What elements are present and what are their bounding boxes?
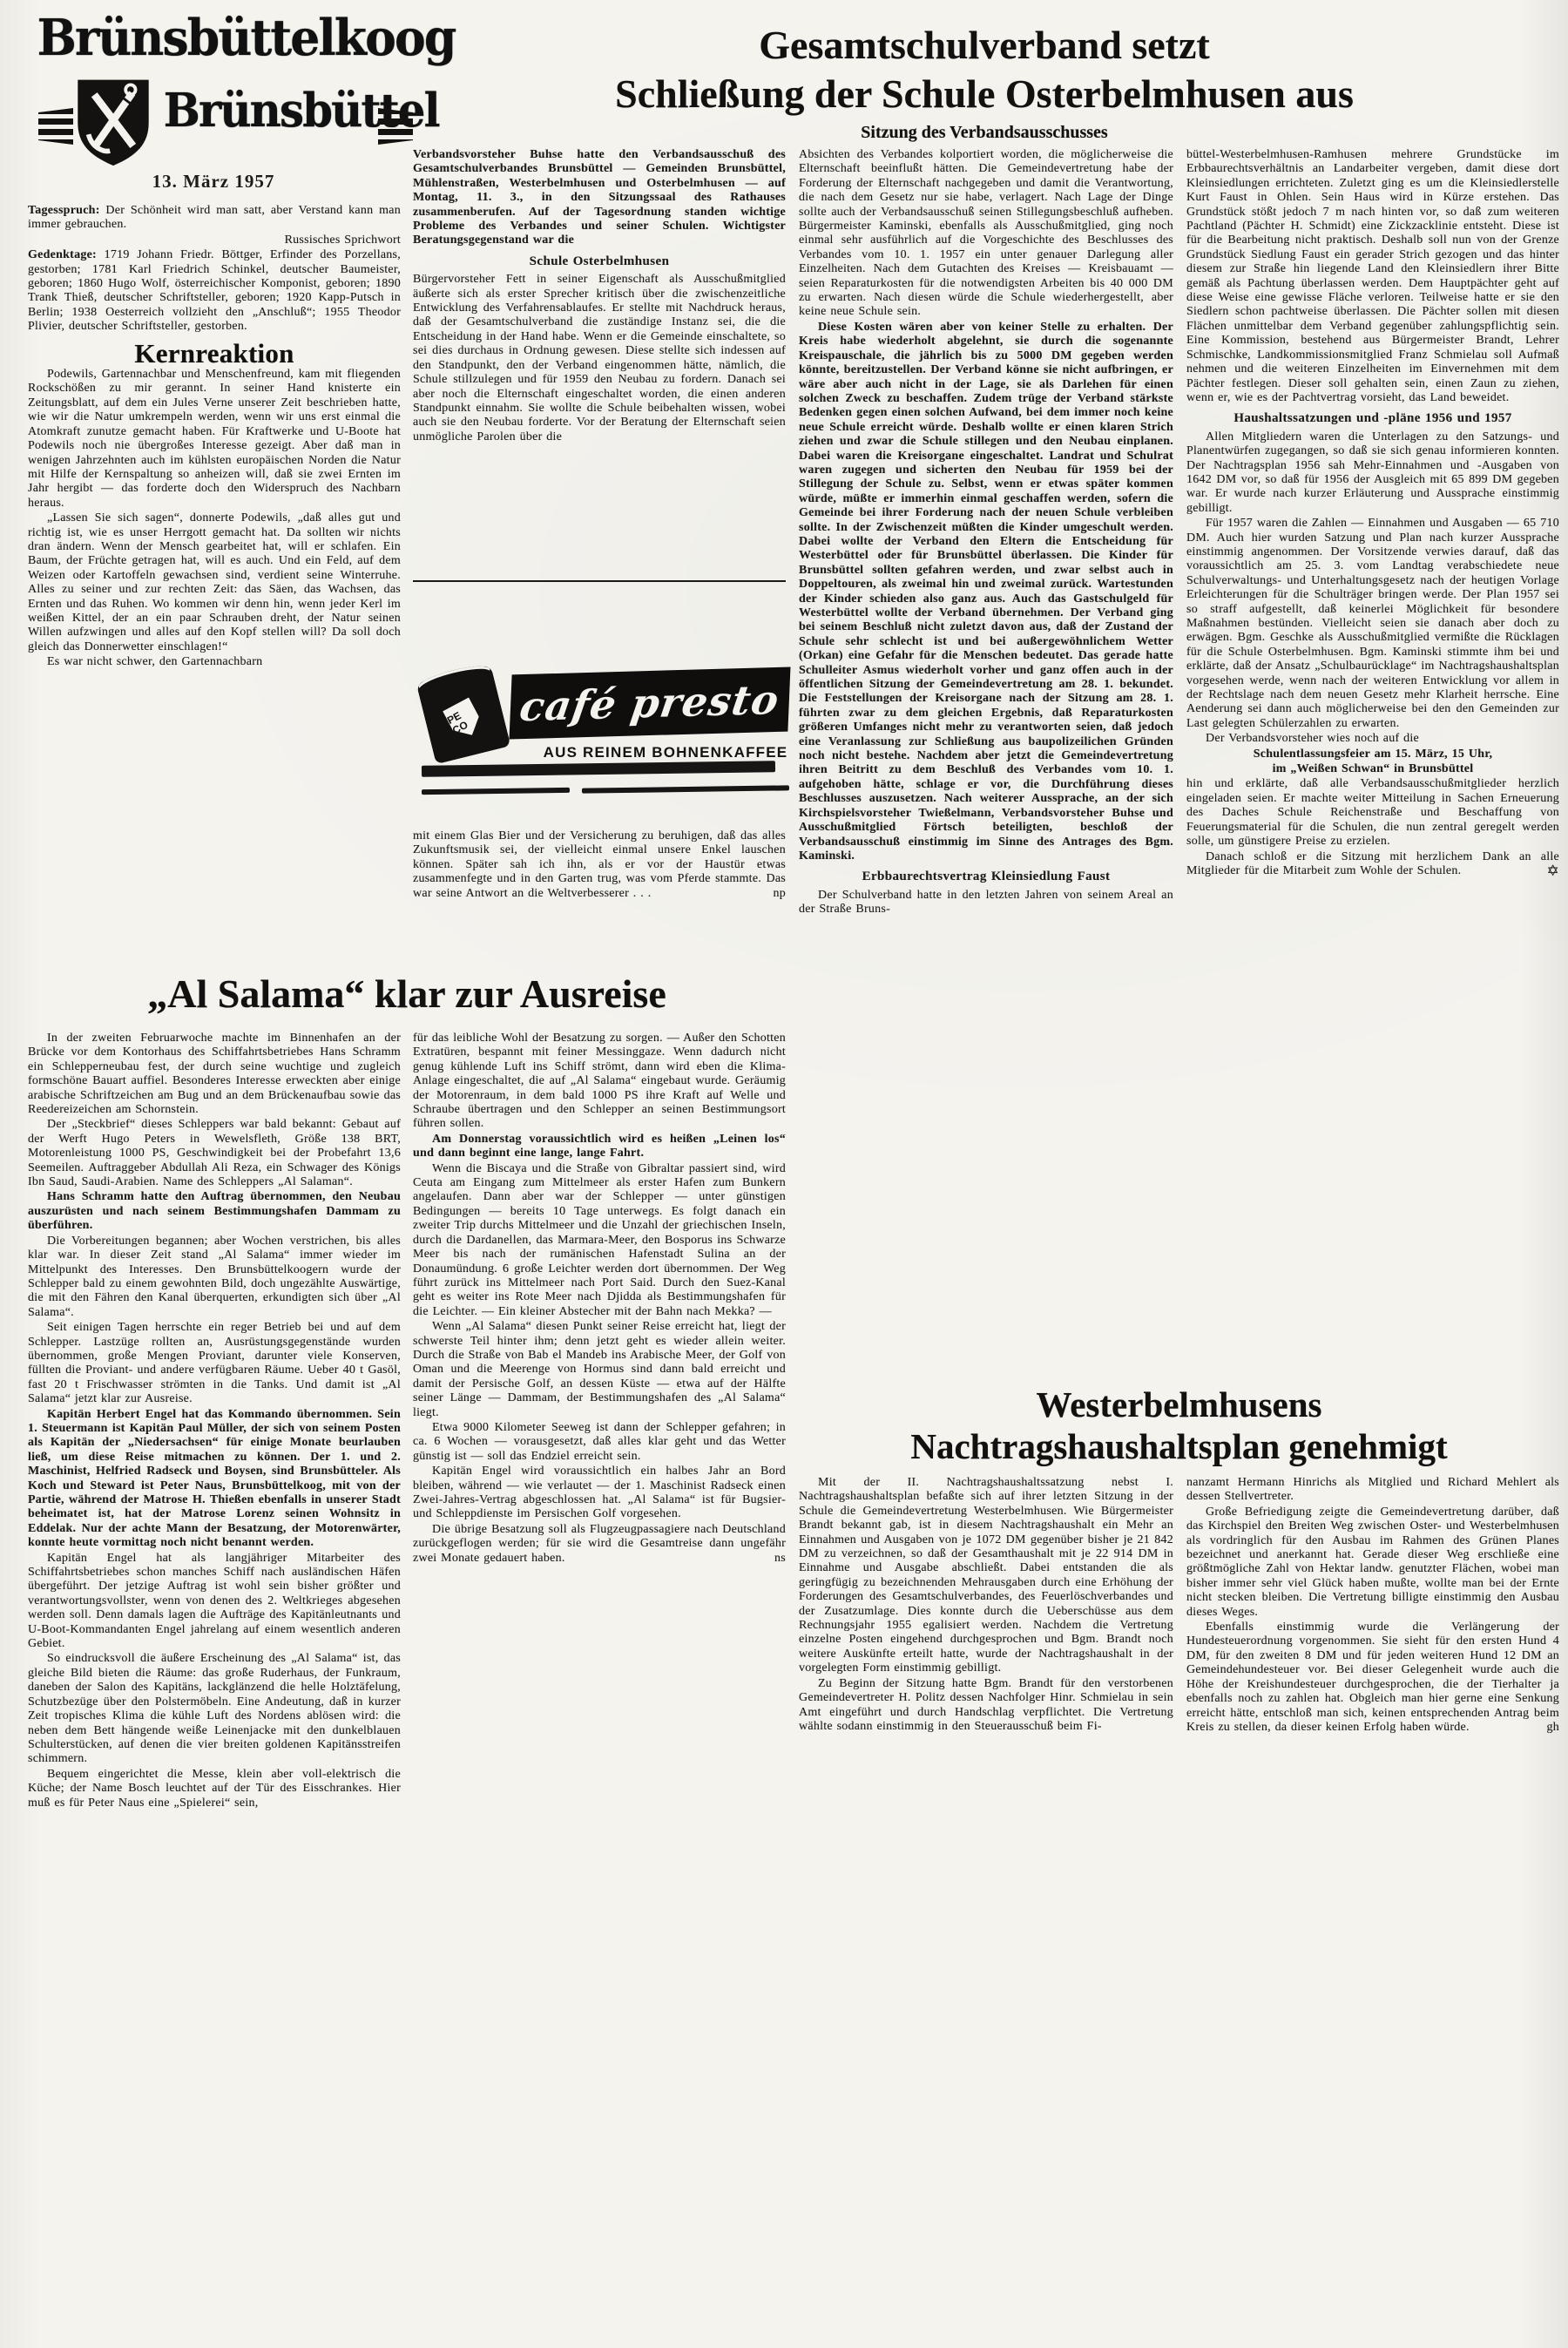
al-salama-column-1: In der zweiten Februarwoche machte im Bi… [28, 1032, 401, 1811]
column-3-main: Absichten des Verbandes kolportiert word… [799, 148, 1173, 918]
main-headline: Gesamtschulverband setzt Schließung der … [409, 21, 1559, 118]
author-initials: np [761, 887, 787, 901]
kernreaktion-title: Kernreaktion [28, 347, 401, 361]
westerbelmhusen-column-3: Mit der II. Nachtragshaushaltssatzung ne… [799, 1476, 1173, 1735]
gedenktage-label: Gedenktage: [28, 248, 97, 261]
kernreaktion-paragraph: Es war nicht schwer, den Gartennachbarn [28, 655, 401, 669]
speed-stripes-left-icon [38, 108, 73, 145]
kernreaktion-paragraph: Podewils, Gartennachbar und Menschenfreu… [28, 368, 401, 511]
main-headline-line2: Schließung der Schule Osterbelmhusen aus [409, 70, 1559, 118]
divider-rule [413, 580, 786, 582]
column-2-kernreaktion-continuation: mit einem Glas Bier und der Versicherung… [413, 829, 786, 902]
column-4-main: büttel-Westerbelmhusen-Ramhusen mehrere … [1186, 148, 1559, 879]
al-salama-paragraph: Etwa 9000 Kilometer Seeweg ist dann der … [413, 1421, 786, 1464]
al-salama-paragraph: Der „Steckbrief“ dieses Schleppers war b… [28, 1118, 401, 1189]
westerbelmhusen-headline-line2: Nachtragshaushaltsplan genehmigt [799, 1425, 1559, 1467]
westerbelmhusen-paragraph: nanzamt Hermann Hinrichs als Mitglied un… [1186, 1476, 1559, 1505]
tagesspruch: Tagesspruch: Der Schönheit wird man satt… [28, 204, 401, 233]
al-salama-paragraph: Die übrige Besatzung soll als Flugzeugpa… [413, 1523, 786, 1566]
westerbelmhusen-paragraph: Zu Beginn der Sitzung hatte Bgm. Brandt … [799, 1677, 1173, 1735]
kernreaktion-paragraph: „Lassen Sie sich sagen“, donnerte Podewi… [28, 511, 401, 654]
westerbelmhusen-headline-line1: Westerbelmhusens [799, 1384, 1559, 1425]
article-text: Danach schloß er die Sitzung mit herzlic… [1186, 850, 1559, 877]
article-paragraph: Danach schloß er die Sitzung mit herzlic… [1186, 850, 1559, 879]
coffee-can-label: PE CO [443, 697, 485, 741]
al-salama-column-2: für das leibliche Wohl der Besatzung zu … [413, 1032, 786, 1566]
westerbelmhusen-text: Ebenfalls einstimmig wurde die Verlänger… [1186, 1621, 1559, 1734]
al-salama-paragraph: Wenn „Al Salama“ diesen Punkt seiner Rei… [413, 1320, 786, 1420]
end-star-icon: ✡ [1516, 864, 1560, 878]
al-salama-paragraph: Hans Schramm hatte den Auftrag übernomme… [28, 1190, 401, 1233]
westerbelmhusen-headline: Westerbelmhusens Nachtragshaushaltsplan … [799, 1384, 1559, 1467]
ad-bar [422, 761, 775, 777]
column-1-top: Tagesspruch: Der Schönheit wird man satt… [28, 204, 401, 671]
al-salama-paragraph: für das leibliche Wohl der Besatzung zu … [413, 1032, 786, 1132]
article-paragraph: Diese Kosten wären aber von keiner Stell… [799, 321, 1173, 863]
al-salama-paragraph: Seit einigen Tagen herrschte ein reger B… [28, 1321, 401, 1406]
al-salama-paragraph: Kapitän Herbert Engel hat das Kommando ü… [28, 1408, 401, 1551]
article-paragraph: Allen Mitgliedern waren die Unterlagen z… [1186, 430, 1559, 516]
gedenktage: Gedenktage: 1719 Johann Friedr. Böttger,… [28, 248, 401, 334]
crest-icon [71, 75, 155, 167]
tagesspruch-source: Russisches Sprichwort [28, 233, 401, 247]
westerbelmhusen-column-4: nanzamt Hermann Hinrichs als Mitglied un… [1186, 1476, 1559, 1736]
kernreaktion-paragraph: mit einem Glas Bier und der Versicherung… [413, 829, 786, 901]
article-paragraph: Der Verbandsvorsteher wies noch auf die [1186, 732, 1559, 746]
column-2-top: Verbandsvorsteher Buhse hatte den Verban… [413, 148, 786, 445]
al-salama-paragraph: So eindrucksvoll die äußere Erscheinung … [28, 1652, 401, 1766]
author-initials: gh [1516, 1721, 1560, 1735]
al-salama-paragraph: In der zweiten Februarwoche machte im Bi… [28, 1032, 401, 1117]
ad-brand-name: café presto [517, 676, 782, 731]
ad-tagline: AUS REINEM BOHNENKAFFEE [542, 744, 789, 761]
newspaper-page: Brünsbüttelkoog Brünsbüttel 13. März 195… [0, 0, 1568, 2348]
article-paragraph: hin und erklärte, daß alle Verbandsaussc… [1186, 777, 1559, 849]
article-paragraph: Absichten des Verbandes kolportiert word… [799, 148, 1173, 320]
ad-banner: café presto [510, 667, 791, 739]
westerbelmhusen-paragraph: Mit der II. Nachtragshaushaltssatzung ne… [799, 1476, 1173, 1676]
masthead: Brünsbüttelkoog Brünsbüttel [26, 7, 401, 171]
ad-dash [582, 785, 789, 793]
coffee-ad: PE CO café presto AUS REINEM BOHNENKAFFE… [413, 585, 786, 825]
announcement-line: im „Weißen Schwan“ in Brunsbüttel [1186, 762, 1559, 776]
westerbelmhusen-paragraph: Große Befriedigung zeigte die Gemeindeve… [1186, 1506, 1559, 1620]
article-lead: Verbandsvorsteher Buhse hatte den Verban… [413, 148, 786, 248]
article-paragraph: büttel-Westerbelmhusen-Ramhusen mehrere … [1186, 148, 1559, 405]
al-salama-paragraph: Kapitän Engel wird voraussichtlich ein h… [413, 1465, 786, 1522]
announcement-line: Schulentlassungsfeier am 15. März, 15 Uh… [1186, 748, 1559, 761]
kernreaktion-text: mit einem Glas Bier und der Versicherung… [413, 829, 786, 900]
westerbelmhusen-paragraph: Ebenfalls einstimmig wurde die Verlänger… [1186, 1621, 1559, 1735]
coffee-can-icon: PE CO [416, 665, 511, 764]
crosshead-schule-osterbelmhusen: Schule Osterbelmhusen [413, 254, 786, 268]
author-initials: ns [743, 1552, 786, 1566]
al-salama-headline: „Al Salama“ klar zur Ausreise [28, 971, 786, 1018]
crosshead-erbbaurechtsvertrag: Erbbaurechtsvertrag Kleinsiedlung Faust [799, 870, 1173, 883]
al-salama-paragraph: Kapitän Engel hat als langjähriger Mitar… [28, 1552, 401, 1652]
ad-dash [422, 788, 570, 795]
main-headline-line1: Gesamtschulverband setzt [409, 21, 1559, 70]
article-paragraph: Bürgervorsteher Fett in seiner Eigenscha… [413, 273, 786, 444]
main-subhead: Sitzung des Verbandsausschusses [409, 123, 1559, 143]
al-salama-paragraph: Die Vorbereitungen begannen; aber Wochen… [28, 1235, 401, 1320]
masthead-title-line1: Brünsbüttelkoog [37, 9, 382, 67]
speed-stripes-right-icon [378, 108, 413, 145]
tagesspruch-label: Tagesspruch: [28, 204, 100, 217]
crosshead-haushaltssatzungen: Haushaltssatzungen und -pläne 1956 und 1… [1186, 411, 1559, 425]
article-paragraph: Der Schulverband hatte in den letzten Ja… [799, 889, 1173, 917]
al-salama-paragraph: Bequem eingerichtet die Messe, klein abe… [28, 1768, 401, 1810]
article-paragraph: Für 1957 waren die Zahlen — Einnahmen un… [1186, 517, 1559, 731]
al-salama-text: Die übrige Besatzung soll als Flugzeugpa… [413, 1523, 786, 1565]
al-salama-paragraph: Wenn die Biscaya und die Straße von Gibr… [413, 1162, 786, 1319]
al-salama-paragraph: Am Donnerstag voraussichtlich wird es he… [413, 1133, 786, 1161]
masthead-title-line2: Brünsbüttel [164, 84, 375, 138]
issue-date: 13. März 1957 [26, 171, 401, 193]
